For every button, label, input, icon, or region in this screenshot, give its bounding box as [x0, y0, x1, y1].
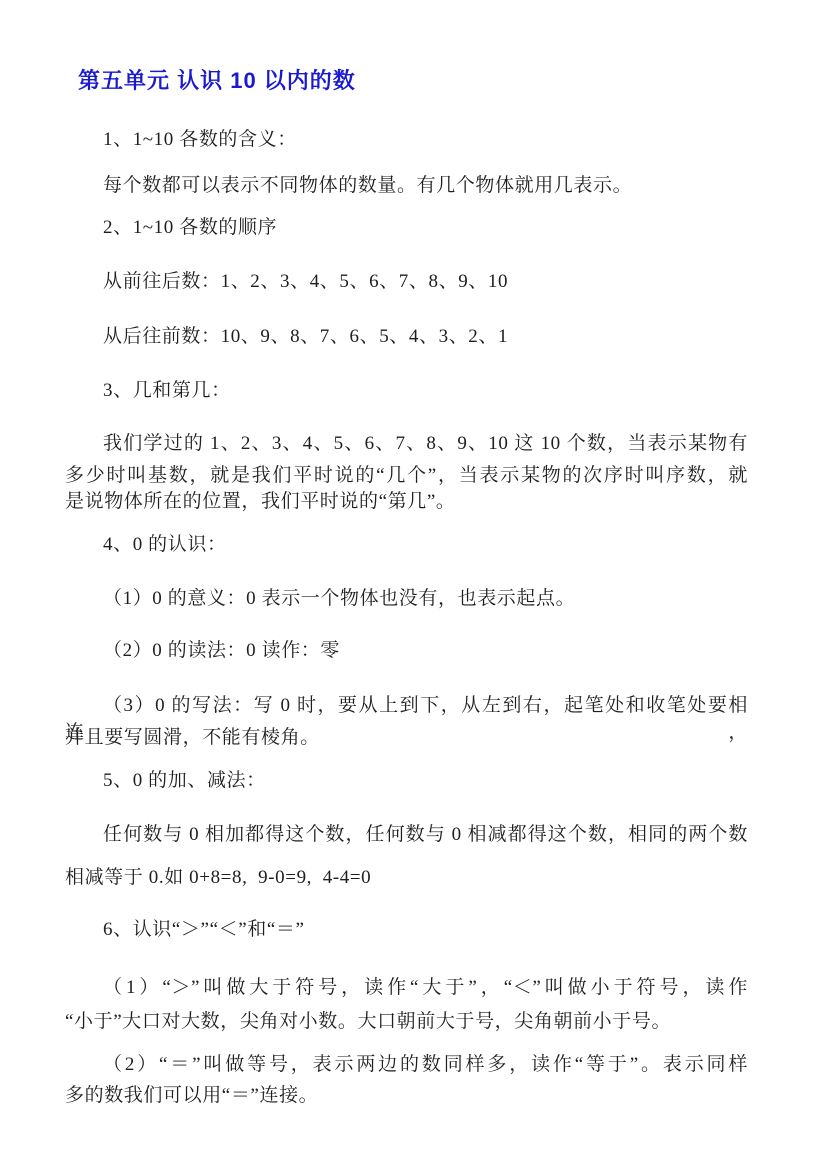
paragraph-line: 任何数与 0 相加都得这个数，任何数与 0 相减都得这个数，相同的两个数: [65, 821, 748, 848]
paragraph-line: 2、1~10 各数的顺序: [65, 214, 748, 241]
paragraph-line: “小于”大口对大数，尖角对小数。大口朝前大于号，尖角朝前小于号。: [65, 1008, 748, 1035]
paragraph-line: 是说物体所在的位置，我们平时说的“第几”。: [65, 488, 748, 515]
paragraph-line: 1、1~10 各数的含义：: [65, 126, 748, 153]
paragraph-line: 多少时叫基数，就是我们平时说的“几个”，当表示某物的次序时叫序数，就: [65, 462, 748, 489]
paragraph-line: （2）“＝”叫做等号，表示两边的数同样多，读作“等于”。表示同样: [65, 1051, 748, 1078]
paragraph-line: 3、几和第几：: [65, 377, 748, 404]
paragraph-line: 从前往后数：1、2、3、4、5、6、7、8、9、10: [65, 268, 748, 295]
paragraph-line: 从后往前数：10、9、8、7、6、5、4、3、2、1: [65, 323, 748, 350]
document-page: 第五单元 认识 10 以内的数 1、1~10 各数的含义： 每个数都可以表示不同…: [0, 0, 826, 1169]
paragraph-line: （1）0 的意义：0 表示一个物体也没有，也表示起点。: [65, 585, 748, 612]
paragraph-line: 并且要写圆滑，不能有棱角。: [65, 724, 748, 751]
paragraph-line: （2）0 的读法：0 读作：零: [65, 637, 748, 664]
paragraph-line: 4、0 的认识：: [65, 531, 748, 558]
paragraph-line: 多的数我们可以用“＝”连接。: [65, 1082, 748, 1109]
paragraph-line: 我们学过的 1、2、3、4、5、6、7、8、9、10 这 10 个数，当表示某物…: [65, 430, 748, 457]
paragraph-line: 相减等于 0.如 0+8=8, 9-0=9, 4-4=0: [65, 864, 748, 891]
document-heading: 第五单元 认识 10 以内的数: [78, 66, 356, 96]
paragraph-line: 5、0 的加、减法：: [65, 767, 748, 794]
paragraph-line: （1）“＞”叫做大于符号，读作“大于”，“＜”叫做小于符号，读作: [65, 974, 748, 1001]
paragraph-line: 每个数都可以表示不同物体的数量。有几个物体就用几表示。: [65, 172, 748, 199]
paragraph-line: 6、认识“＞”“＜”和“＝”: [65, 916, 748, 943]
